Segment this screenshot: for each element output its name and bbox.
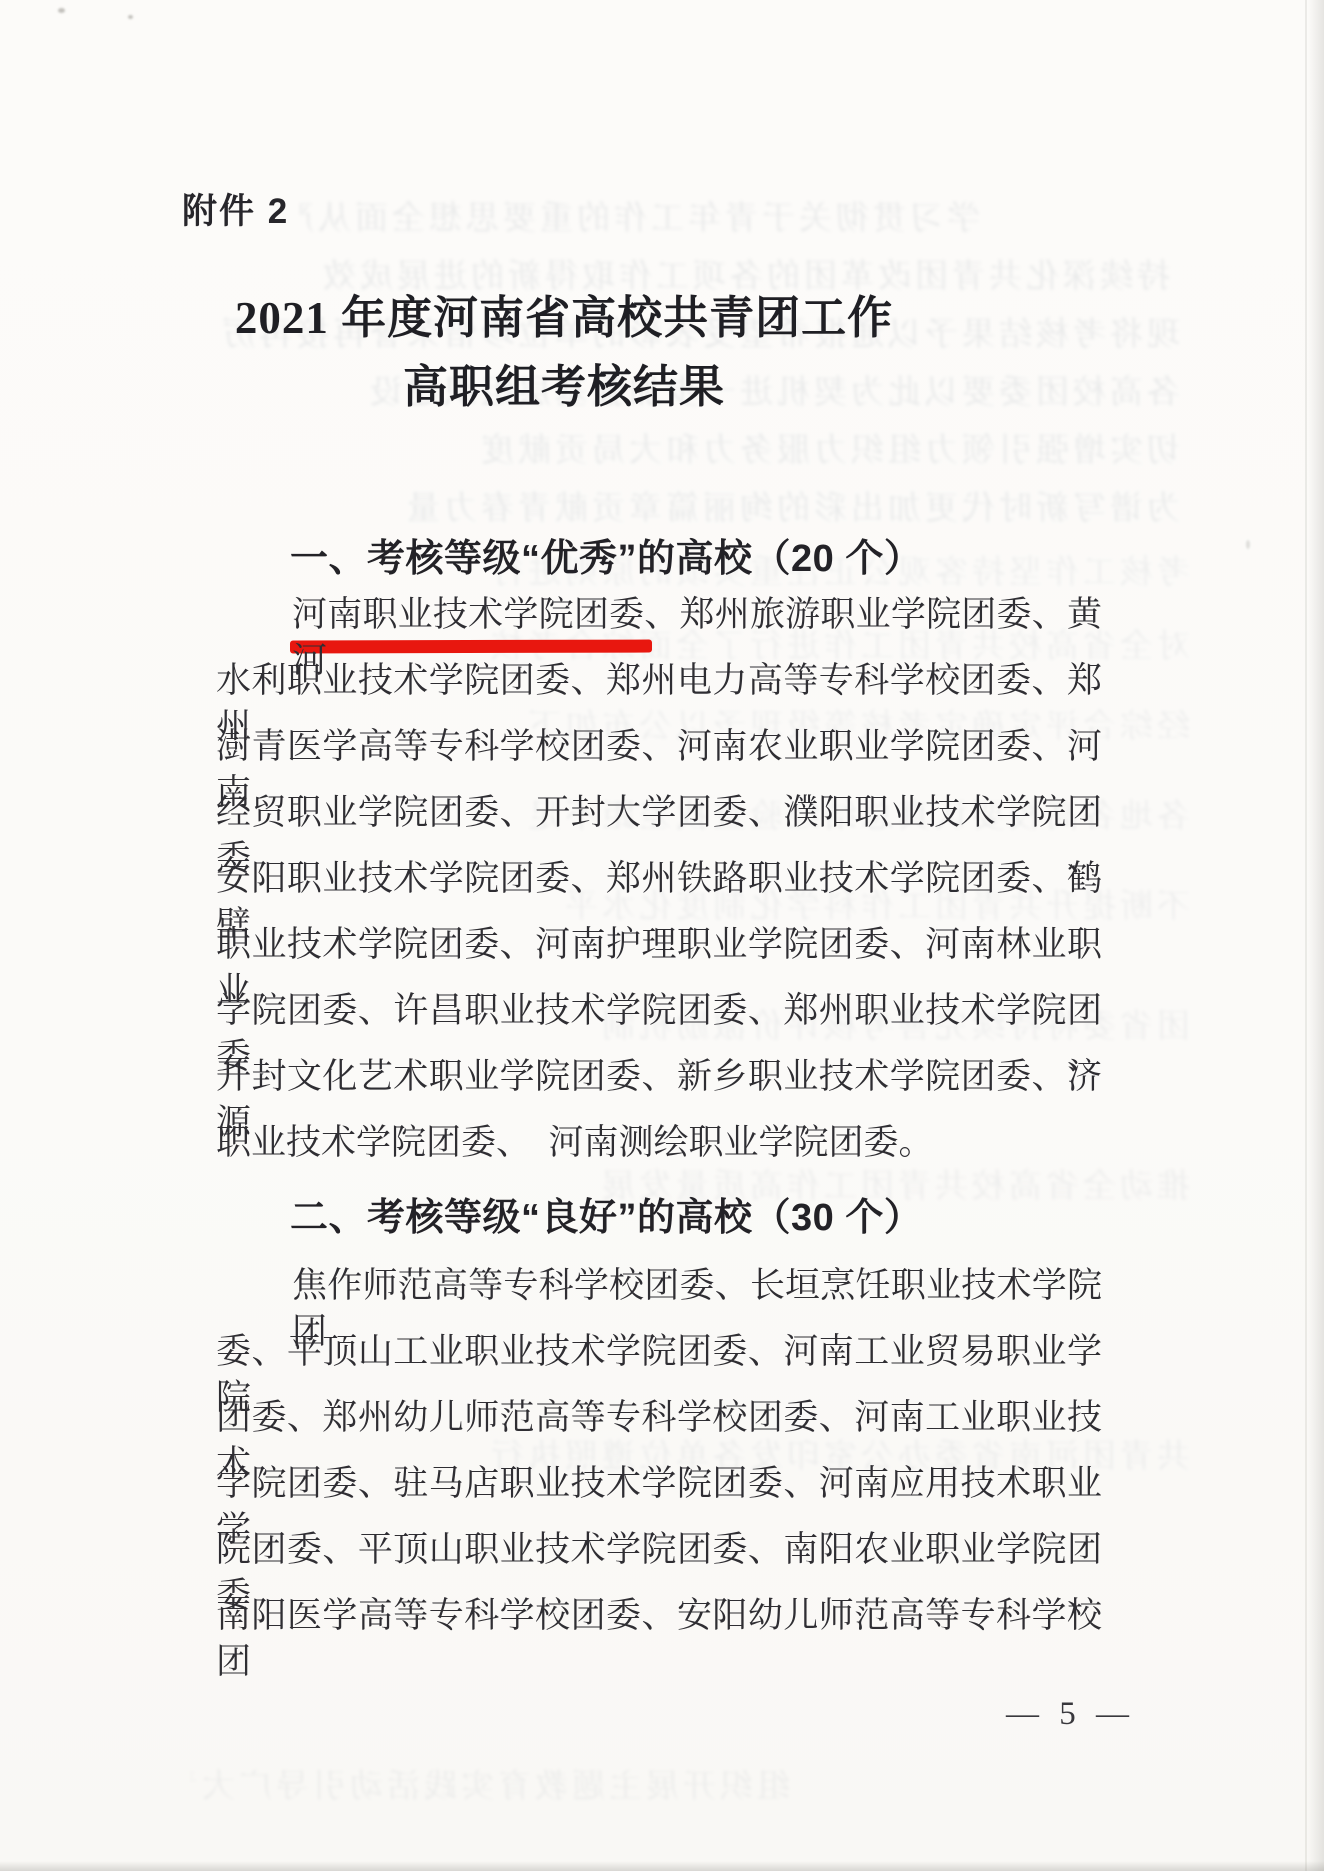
document-title: 2021 年度河南省高校共青团工作 高职组考核结果 <box>158 284 970 422</box>
section-1-line: 职业技术学院团委、 河南测绘职业学院团委。 <box>216 1120 1102 1166</box>
scan-speck <box>128 15 133 19</box>
bleedthrough-line: 为谱写新时代更加出彩的绚丽篇章贡献青春力量 <box>170 482 1180 529</box>
scan-speck <box>1246 540 1250 549</box>
bleedthrough-line: 学习贯彻关于青年工作的重要思想全面从严治团改革 <box>300 192 980 239</box>
document-title-line-1: 2021 年度河南省高校共青团工作 <box>158 284 970 353</box>
scan-edge-shadow <box>1308 0 1324 1871</box>
section-1-heading: 一、考核等级“优秀”的高校（20 个） <box>290 527 922 582</box>
scanned-document-page: 学习贯彻关于青年工作的重要思想全面从严治团改革 持续深化共青团改革团的各项工作取… <box>0 0 1324 1871</box>
scan-edge-line <box>1305 0 1307 1871</box>
section-2-heading: 二、考核等级“良好”的高校（30 个） <box>290 1186 922 1241</box>
scan-bottom-shadow <box>0 1861 1324 1871</box>
bleedthrough-line: 组织开展主题教育实践活动引导广大青年 <box>190 1760 790 1807</box>
scan-speck <box>58 8 65 13</box>
attachment-label: 附件 2 <box>182 184 289 234</box>
document-title-line-2: 高职组考核结果 <box>158 353 970 422</box>
section-2-line: 南阳医学高等专科学校团委、安阳幼儿师范高等专科学校团 <box>216 1593 1102 1685</box>
page-number: — 5 — <box>1006 1696 1135 1733</box>
bleedthrough-line: 切实增强引领力组织力服务力和大局贡献度 <box>170 424 1180 471</box>
